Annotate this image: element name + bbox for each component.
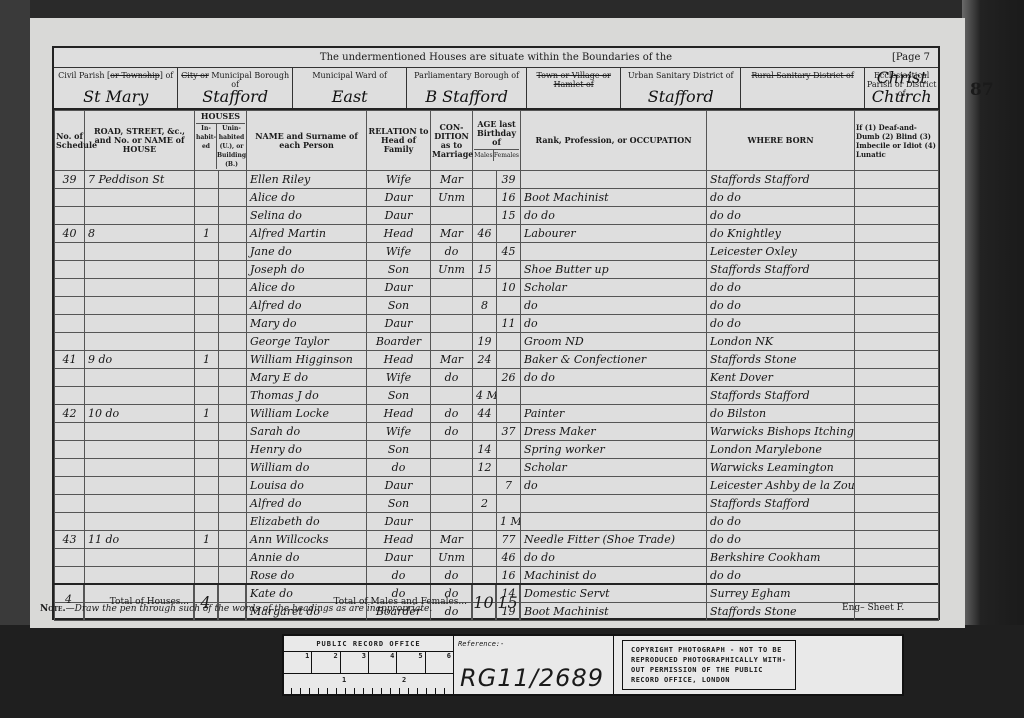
ruler-mark: 6 [426, 652, 453, 673]
infirmity-cell [855, 405, 939, 423]
where-born-cell: London NK [707, 333, 855, 351]
uninhabited-cell [219, 261, 247, 279]
district-value: St Mary [54, 87, 177, 106]
where-born-cell: Staffords Stafford [707, 387, 855, 405]
relation-cell: Head [367, 351, 431, 369]
age-female-cell [497, 441, 521, 459]
infirmity-cell [855, 333, 939, 351]
condition-cell [431, 333, 473, 351]
inhabited-cell [195, 549, 219, 567]
infirmity-cell [855, 207, 939, 225]
schedule-cell: 41 [55, 351, 85, 369]
schedule-cell [55, 423, 85, 441]
relation-cell: Daur [367, 189, 431, 207]
ruler-mark: 5 [397, 652, 425, 673]
road-cell [85, 207, 195, 225]
name-cell: Selina do [247, 207, 367, 225]
where-born-cell: do do [707, 207, 855, 225]
name-cell: Joseph do [247, 261, 367, 279]
relation-cell: Wife [367, 423, 431, 441]
schedule-cell [55, 513, 85, 531]
district-cell: Ecclesiastical Parish or District ofChri… [865, 68, 938, 108]
col-houses: HOUSES In-habit-ed Unin-habited (U.), or… [195, 111, 247, 171]
infirmity-cell [855, 297, 939, 315]
col-age-label: AGE last Birthday of [474, 120, 519, 147]
occupation-cell [521, 171, 707, 189]
uninhabited-cell [219, 387, 247, 405]
schedule-cell: 43 [55, 531, 85, 549]
schedule-cell [55, 369, 85, 387]
road-cell [85, 549, 195, 567]
col-infirmity: If (1) Deaf-and-Dumb (2) Blind (3) Imbec… [855, 111, 939, 171]
inhabited-cell [195, 459, 219, 477]
occupation-cell: do do [521, 207, 707, 225]
where-born-cell: do do [707, 531, 855, 549]
condition-cell: do [431, 243, 473, 261]
name-cell: Mary do [247, 315, 367, 333]
age-male-cell: 8 [473, 297, 497, 315]
census-table: No. of Schedule ROAD, STREET, &c., and N… [54, 110, 939, 621]
uninhabited-cell [219, 351, 247, 369]
inhabited-cell [195, 207, 219, 225]
uninhabited-cell [219, 225, 247, 243]
census-form-frame: The undermentioned Houses are situate wi… [52, 46, 940, 620]
occupation-cell: Groom ND [521, 333, 707, 351]
inhabited-cell [195, 369, 219, 387]
totals-row: 4 Total of Houses... 4 Total of Males an… [54, 583, 938, 621]
infirmity-cell [855, 351, 939, 369]
district-cell: Civil Parish [or Township] ofSt Mary [54, 68, 178, 108]
ruler-mark: 1 [284, 652, 312, 673]
col-inhabited: In-habit-ed [196, 124, 217, 169]
where-born-cell: Warwicks Bishops Itchington [707, 423, 855, 441]
condition-cell: Unm [431, 189, 473, 207]
table-row: Thomas J doSon4 MoStaffords Stafford [55, 387, 939, 405]
col-houses-label: HOUSES [196, 112, 245, 121]
age-female-cell [497, 225, 521, 243]
reference-box: Reference:- RG11/2689 [454, 636, 614, 694]
name-cell: George Taylor [247, 333, 367, 351]
age-male-cell [473, 207, 497, 225]
infirmity-cell [855, 315, 939, 333]
inhabited-cell [195, 441, 219, 459]
road-cell [85, 189, 195, 207]
col-age: AGE last Birthday of Males Females [473, 111, 521, 171]
age-female-cell [497, 333, 521, 351]
folio-number: 87 [970, 80, 994, 100]
condition-cell: Unm [431, 549, 473, 567]
where-born-cell: Warwicks Leamington [707, 459, 855, 477]
road-cell [85, 369, 195, 387]
name-cell: William Locke [247, 405, 367, 423]
road-cell: 8 [85, 225, 195, 243]
infirmity-cell [855, 243, 939, 261]
age-male-cell: 2 [473, 495, 497, 513]
uninhabited-cell [219, 171, 247, 189]
form-note: Note.—Draw the pen through such of the w… [40, 604, 432, 614]
occupation-cell: Baker & Confectioner [521, 351, 707, 369]
name-cell: Alfred Martin [247, 225, 367, 243]
road-cell: 7 Peddison St [85, 171, 195, 189]
occupation-cell: do [521, 477, 707, 495]
scan-background-left [0, 0, 30, 718]
age-female-cell [497, 351, 521, 369]
road-cell [85, 441, 195, 459]
record-office-ruler: PUBLIC RECORD OFFICE 123456 12 [284, 636, 454, 694]
form-title-text: The undermentioned Houses are situate wi… [320, 52, 672, 63]
relation-cell: Head [367, 225, 431, 243]
name-cell: Alfred do [247, 495, 367, 513]
name-cell: Rose do [247, 567, 367, 585]
age-female-cell [497, 495, 521, 513]
where-born-cell: do Knightley [707, 225, 855, 243]
age-male-cell [473, 171, 497, 189]
infirmity-cell [855, 495, 939, 513]
form-title: The undermentioned Houses are situate wi… [54, 48, 938, 68]
district-label: Town or Village or Hamlet of [527, 68, 621, 89]
table-row: George TaylorBoarder19Groom NDLondon NK [55, 333, 939, 351]
schedule-cell [55, 459, 85, 477]
relation-cell: Daur [367, 315, 431, 333]
col-road: ROAD, STREET, &c., and No. or NAME of HO… [85, 111, 195, 171]
census-table-body: 397 Peddison StEllen RileyWifeMar39Staff… [55, 171, 939, 621]
occupation-cell: Dress Maker [521, 423, 707, 441]
condition-cell: Mar [431, 351, 473, 369]
age-male-cell: 24 [473, 351, 497, 369]
age-male-cell [473, 531, 497, 549]
age-female-cell: 11 [497, 315, 521, 333]
relation-cell: Daur [367, 513, 431, 531]
occupation-cell: Shoe Butter up [521, 261, 707, 279]
where-born-cell: Staffords Stafford [707, 171, 855, 189]
where-born-cell: London Marylebone [707, 441, 855, 459]
district-label: Parliamentary Borough of [407, 68, 525, 80]
inhabited-cell [195, 297, 219, 315]
table-row: 4081Alfred MartinHeadMar46Labourerdo Kni… [55, 225, 939, 243]
relation-cell: Head [367, 405, 431, 423]
where-born-cell: do do [707, 315, 855, 333]
where-born-cell: do do [707, 279, 855, 297]
where-born-cell: do do [707, 567, 855, 585]
inhabited-cell [195, 567, 219, 585]
age-male-cell [473, 423, 497, 441]
table-row: Annie doDaurUnm46do doBerkshire Cookham [55, 549, 939, 567]
occupation-cell: Boot Machinist [521, 189, 707, 207]
district-value: East [293, 87, 406, 106]
condition-cell [431, 477, 473, 495]
age-female-cell [497, 405, 521, 423]
occupation-cell: do do [521, 369, 707, 387]
age-male-cell: 46 [473, 225, 497, 243]
inhabited-cell [195, 477, 219, 495]
ruler-top-scale: 123456 [284, 652, 453, 674]
district-label: Civil Parish [or Township] of [54, 68, 177, 80]
condition-cell: Mar [431, 171, 473, 189]
road-cell [85, 513, 195, 531]
age-female-cell: 7 [497, 477, 521, 495]
condition-cell [431, 315, 473, 333]
table-row: 4311 do1Ann WillcocksHeadMar77Needle Fit… [55, 531, 939, 549]
name-cell: William Higginson [247, 351, 367, 369]
name-cell: Alice do [247, 189, 367, 207]
col-condition: CON-DITION as to Marriage [431, 111, 473, 171]
schedule-cell [55, 243, 85, 261]
inhabited-cell: 1 [195, 405, 219, 423]
name-cell: Thomas J do [247, 387, 367, 405]
inhabited-cell [195, 243, 219, 261]
inhabited-cell [195, 189, 219, 207]
inhabited-cell [195, 333, 219, 351]
infirmity-cell [855, 423, 939, 441]
relation-cell: do [367, 459, 431, 477]
road-cell: 9 do [85, 351, 195, 369]
schedule-cell [55, 189, 85, 207]
col-relation: RELATION to Head of Family [367, 111, 431, 171]
table-row: Selina doDaur15do dodo do [55, 207, 939, 225]
condition-cell: do [431, 423, 473, 441]
infirmity-cell [855, 513, 939, 531]
relation-cell: Daur [367, 207, 431, 225]
age-female-cell: 46 [497, 549, 521, 567]
district-header-row: Civil Parish [or Township] ofSt MaryCity… [54, 68, 938, 110]
occupation-cell [521, 387, 707, 405]
uninhabited-cell [219, 405, 247, 423]
occupation-cell: Scholar [521, 459, 707, 477]
age-male-cell [473, 477, 497, 495]
uninhabited-cell [219, 513, 247, 531]
where-born-cell: do do [707, 297, 855, 315]
table-row: 397 Peddison StEllen RileyWifeMar39Staff… [55, 171, 939, 189]
ruler-mark: 3 [341, 652, 369, 673]
occupation-cell: Spring worker [521, 441, 707, 459]
total-schedules: 4 [54, 585, 84, 621]
name-cell: Ellen Riley [247, 171, 367, 189]
where-born-cell: Leicester Ashby de la Zouch [707, 477, 855, 495]
infirmity-cell [855, 549, 939, 567]
total-houses-cell: 4 [194, 585, 218, 621]
age-female-cell [497, 261, 521, 279]
reference-label: Reference:- [454, 636, 613, 648]
infirmity-cell [855, 171, 939, 189]
district-cell: Rural Sanitary District of [741, 68, 865, 108]
schedule-cell [55, 387, 85, 405]
uninhabited-cell [219, 279, 247, 297]
inhabited-cell [195, 423, 219, 441]
road-cell [85, 423, 195, 441]
table-row: Jane doWifedo45Leicester Oxley [55, 243, 939, 261]
relation-cell: Son [367, 261, 431, 279]
district-value: Stafford [178, 87, 291, 106]
age-female-cell [497, 297, 521, 315]
age-male-cell: 4 Mo [473, 387, 497, 405]
age-female-cell [497, 387, 521, 405]
uninhabited-cell [219, 531, 247, 549]
age-male-cell: 12 [473, 459, 497, 477]
district-cell: Town or Village or Hamlet of [527, 68, 622, 108]
age-female-cell: 77 [497, 531, 521, 549]
ruler-bottom-scale: 12 [284, 674, 453, 694]
table-row: 419 do1William HigginsonHeadMar24Baker &… [55, 351, 939, 369]
record-office-heading: PUBLIC RECORD OFFICE [284, 636, 453, 652]
table-row: Joseph doSonUnm15Shoe Butter upStaffords… [55, 261, 939, 279]
where-born-cell: Kent Dover [707, 369, 855, 387]
district-label: Urban Sanitary District of [621, 68, 739, 80]
uninhabited-cell [219, 333, 247, 351]
relation-cell: do [367, 567, 431, 585]
table-row: Elizabeth doDaur1 Modo do [55, 513, 939, 531]
infirmity-cell [855, 477, 939, 495]
schedule-cell [55, 207, 85, 225]
ruler-mark: 2 [312, 652, 340, 673]
relation-cell: Daur [367, 549, 431, 567]
age-male-cell [473, 279, 497, 297]
inhabited-cell [195, 387, 219, 405]
ruler-mark: 4 [369, 652, 397, 673]
schedule-cell [55, 279, 85, 297]
schedule-cell [55, 261, 85, 279]
road-cell [85, 243, 195, 261]
table-row: Alfred doSon2Staffords Stafford [55, 495, 939, 513]
age-female-cell: 45 [497, 243, 521, 261]
infirmity-cell [855, 459, 939, 477]
condition-cell: Unm [431, 261, 473, 279]
road-cell [85, 297, 195, 315]
condition-cell [431, 207, 473, 225]
col-where-born: WHERE BORN [707, 111, 855, 171]
note-prefix: Note. [40, 604, 66, 614]
occupation-cell [521, 243, 707, 261]
district-cell: Municipal Ward ofEast [293, 68, 407, 108]
total-houses-label-cell: Total of Houses... [84, 585, 194, 621]
age-male-cell: 44 [473, 405, 497, 423]
relation-cell: Daur [367, 279, 431, 297]
copyright-area: COPYRIGHT PHOTOGRAPH - NOT TO BE REPRODU… [614, 636, 902, 694]
infirmity-cell [855, 441, 939, 459]
col-occupation: Rank, Profession, or OCCUPATION [521, 111, 707, 171]
district-value: Stafford [621, 87, 739, 106]
record-office-strip: PUBLIC RECORD OFFICE 123456 12 Reference… [282, 634, 904, 696]
inhabited-cell [195, 261, 219, 279]
inhabited-cell: 1 [195, 225, 219, 243]
condition-cell [431, 297, 473, 315]
uninhabited-cell [219, 207, 247, 225]
age-male-cell [473, 513, 497, 531]
schedule-cell: 42 [55, 405, 85, 423]
col-females: Females [494, 150, 519, 161]
road-cell [85, 315, 195, 333]
table-row: Rose dododo16Machinist dodo do [55, 567, 939, 585]
condition-cell [431, 441, 473, 459]
infirmity-cell [855, 189, 939, 207]
condition-cell: Mar [431, 225, 473, 243]
age-female-cell: 37 [497, 423, 521, 441]
district-cell: Parliamentary Borough ofB Stafford [407, 68, 526, 108]
road-cell [85, 567, 195, 585]
schedule-cell: 40 [55, 225, 85, 243]
occupation-cell: Machinist do [521, 567, 707, 585]
where-born-cell: do do [707, 189, 855, 207]
total-males-cell: 10 [472, 585, 496, 621]
table-row: Mary doDaur11dodo do [55, 315, 939, 333]
infirmity-cell [855, 531, 939, 549]
schedule-cell [55, 567, 85, 585]
district-value: B Stafford [407, 87, 525, 106]
age-female-cell [497, 459, 521, 477]
age-male-cell [473, 567, 497, 585]
schedule-cell [55, 477, 85, 495]
infirmity-cell [855, 225, 939, 243]
name-cell: Henry do [247, 441, 367, 459]
occupation-cell: do [521, 315, 707, 333]
where-born-cell: Berkshire Cookham [707, 549, 855, 567]
name-cell: Alice do [247, 279, 367, 297]
occupation-cell: Needle Fitter (Shoe Trade) [521, 531, 707, 549]
condition-cell: do [431, 405, 473, 423]
age-male-cell: 14 [473, 441, 497, 459]
district-cell: Urban Sanitary District ofStafford [621, 68, 740, 108]
condition-cell: do [431, 369, 473, 387]
road-cell [85, 333, 195, 351]
age-male-cell [473, 189, 497, 207]
relation-cell: Wife [367, 243, 431, 261]
occupation-cell [521, 495, 707, 513]
road-cell: 10 do [85, 405, 195, 423]
name-cell: Alfred do [247, 297, 367, 315]
relation-cell: Wife [367, 369, 431, 387]
age-male-cell: 15 [473, 261, 497, 279]
inhabited-cell: 1 [195, 351, 219, 369]
inhabited-cell [195, 513, 219, 531]
uninhabited-cell [219, 477, 247, 495]
where-born-cell: do do [707, 513, 855, 531]
uninhabited-cell [219, 423, 247, 441]
age-female-cell: 1 Mo [497, 513, 521, 531]
table-row: Mary E doWifedo26do doKent Dover [55, 369, 939, 387]
table-row: 4210 do1William LockeHeaddo44Painterdo B… [55, 405, 939, 423]
schedule-cell: 39 [55, 171, 85, 189]
condition-cell [431, 495, 473, 513]
age-female-cell: 10 [497, 279, 521, 297]
inhabited-cell [195, 315, 219, 333]
age-male-cell [473, 243, 497, 261]
age-female-cell: 15 [497, 207, 521, 225]
uninhabited-cell [219, 567, 247, 585]
district-value: Christ Church [865, 68, 938, 106]
col-males: Males [474, 150, 494, 161]
total-males-value: 10 [472, 593, 495, 612]
inhabited-cell [195, 495, 219, 513]
table-row: William dodo12ScholarWarwicks Leamington [55, 459, 939, 477]
name-cell: Jane do [247, 243, 367, 261]
relation-cell: Son [367, 297, 431, 315]
district-label: Rural Sanitary District of [741, 68, 864, 80]
road-cell [85, 261, 195, 279]
where-born-cell: Leicester Oxley [707, 243, 855, 261]
relation-cell: Head [367, 531, 431, 549]
schedule-cell [55, 441, 85, 459]
uninhabited-cell [219, 297, 247, 315]
age-male-cell [473, 369, 497, 387]
table-row: Alice doDaurUnm16Boot Machinistdo do [55, 189, 939, 207]
table-row: Louisa doDaur7doLeicester Ashby de la Zo… [55, 477, 939, 495]
infirmity-cell [855, 369, 939, 387]
condition-cell: do [431, 567, 473, 585]
col-schedule: No. of Schedule [55, 111, 85, 171]
ruler-mark: 1 [342, 676, 346, 684]
census-sheet: The undermentioned Houses are situate wi… [30, 18, 965, 628]
age-female-cell: 16 [497, 567, 521, 585]
col-uninhabited: Unin-habited (U.), or Building (B.) [217, 124, 246, 169]
